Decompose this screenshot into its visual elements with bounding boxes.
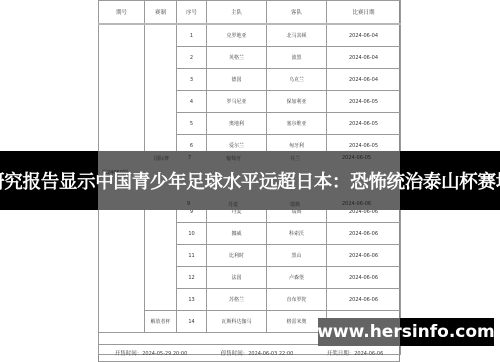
table-row: 第24060期 国际赛 1 克罗地亚 北马其顿 2024-06-04 bbox=[99, 24, 401, 47]
home-team: 德国 bbox=[207, 69, 267, 91]
home-team: 罗马尼亚 bbox=[207, 91, 267, 113]
header-away-team: 客队 bbox=[267, 1, 327, 25]
row-number: 14 bbox=[177, 311, 207, 333]
match-date: 2024-06-06 bbox=[327, 245, 401, 267]
home-team: 瓦斯科达伽马 bbox=[207, 311, 267, 333]
away-team: 乌克兰 bbox=[267, 69, 327, 91]
sale-start: 开售时间：2024-05-29 20:00 bbox=[115, 349, 188, 357]
format-cup-cell: 解放者杯 bbox=[145, 311, 177, 333]
match-date: 2024-06-06 bbox=[327, 267, 401, 289]
match-date: 2024-06-04 bbox=[327, 47, 401, 69]
header-home-team: 主队 bbox=[207, 1, 267, 25]
away-team: 保加利亚 bbox=[267, 91, 327, 113]
header-match-date: 比赛日期 bbox=[327, 1, 401, 25]
away-team: 黑山 bbox=[267, 245, 327, 267]
match-date: 2024-06-04 bbox=[327, 24, 401, 47]
row-number: 3 bbox=[177, 69, 207, 91]
match-date: 2024-06-05 bbox=[327, 91, 401, 113]
home-team: 苏格兰 bbox=[207, 289, 267, 311]
header-number: 序号 bbox=[177, 1, 207, 25]
away-team: 科索沃 bbox=[267, 223, 327, 245]
home-team: 挪威 bbox=[207, 223, 267, 245]
match-date: 2024-06-04 bbox=[327, 69, 401, 91]
row-number: 4 bbox=[177, 91, 207, 113]
home-team: 英格兰 bbox=[207, 47, 267, 69]
home-team: 比利时 bbox=[207, 245, 267, 267]
table-header-row: 期号 赛制 序号 主队 客队 比赛日期 bbox=[99, 1, 401, 25]
row-number: 10 bbox=[177, 223, 207, 245]
row-number: 5 bbox=[177, 113, 207, 135]
match-date: 2024-06-06 bbox=[327, 223, 401, 245]
row-number: 12 bbox=[177, 267, 207, 289]
draw-date: 开奖日期：2024-06-06 bbox=[327, 349, 384, 357]
away-team: 卢森堡 bbox=[267, 267, 327, 289]
home-team: 奥地利 bbox=[207, 113, 267, 135]
headline-title: 研究报告显示中国青少年足球水平远超日本：恐怖统治泰山杯赛场 bbox=[0, 151, 500, 210]
row-number: 11 bbox=[177, 245, 207, 267]
home-team: 克罗地亚 bbox=[207, 24, 267, 47]
away-team: 北马其顿 bbox=[267, 24, 327, 47]
row-number: 13 bbox=[177, 289, 207, 311]
away-team: 塞尔维亚 bbox=[267, 113, 327, 135]
header-format: 赛制 bbox=[145, 1, 177, 25]
header-period: 期号 bbox=[99, 1, 145, 25]
away-team: 波黑 bbox=[267, 47, 327, 69]
match-date: 2024-06-06 bbox=[327, 289, 401, 311]
away-team: 直布罗陀 bbox=[267, 289, 327, 311]
row-number: 2 bbox=[177, 47, 207, 69]
watermark-text: www.hersinfo.com bbox=[318, 318, 494, 346]
row-number: 1 bbox=[177, 24, 207, 47]
home-team: 法国 bbox=[207, 267, 267, 289]
sale-end: 停售时间：2024-06-03 22:00 bbox=[221, 349, 294, 357]
match-date: 2024-06-05 bbox=[327, 113, 401, 135]
sale-info-footer: 开售时间：2024-05-29 20:00 停售时间：2024-06-03 22… bbox=[98, 344, 400, 362]
